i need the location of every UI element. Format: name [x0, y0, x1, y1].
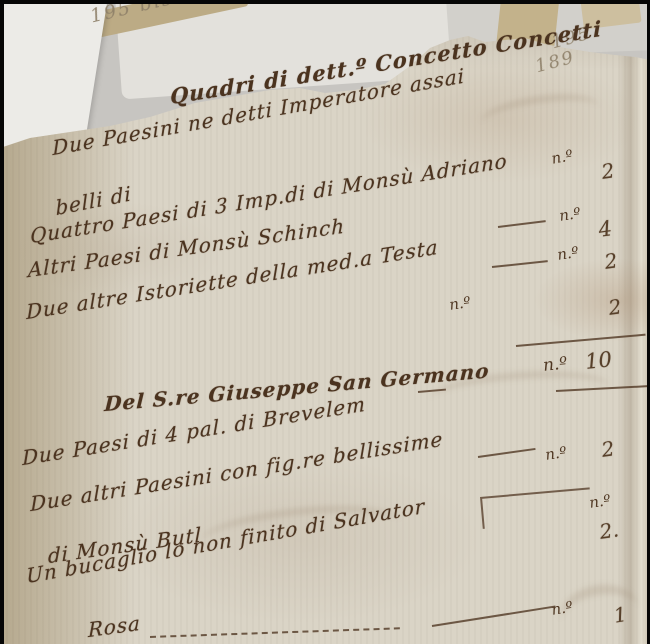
quantity-value: 2 — [603, 248, 619, 274]
quantity-value: 2 — [607, 294, 623, 320]
numero-abbreviation: n.º — [558, 204, 582, 225]
numero-abbreviation: n.º — [448, 293, 472, 314]
photo-border-left — [0, 0, 4, 644]
quantity-value: 2 — [600, 158, 616, 184]
numero-abbreviation: n.º — [550, 598, 574, 619]
numero-abbreviation: n.º — [588, 491, 612, 512]
quantity-value: 2. — [598, 517, 620, 543]
manuscript-photo: 195 bis 195 189 Quadri di dett.º Concett… — [0, 0, 650, 644]
numero-abbreviation: n.º — [542, 353, 568, 375]
quantity-value: 2 — [600, 436, 616, 462]
photo-border-top — [0, 0, 650, 4]
numero-abbreviation: n.º — [550, 146, 574, 167]
section-total: 10 — [584, 347, 613, 374]
numero-abbreviation: n.º — [556, 243, 580, 264]
numero-abbreviation: n.º — [544, 443, 568, 464]
